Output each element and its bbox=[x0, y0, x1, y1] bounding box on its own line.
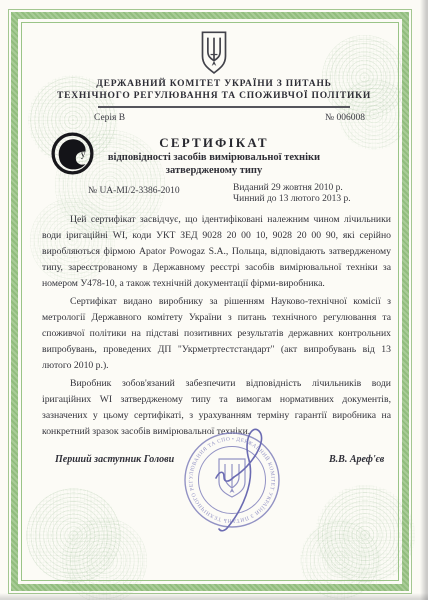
certificate-number: № UA-MI/2-3386-2010 bbox=[88, 186, 180, 196]
certificate-body: Цей сертифікат засвідчує, що ідентифіков… bbox=[42, 212, 391, 442]
certificate-page: ДЕРЖАВНИЙ КОМІТЕТ УКРАЇНИ З ПИТАНЬ ТЕХНІ… bbox=[0, 0, 428, 600]
serial-number: № 006008 bbox=[325, 113, 365, 123]
scan-edge-shadow-right bbox=[420, 0, 428, 600]
valid-until-date: Чинний до 13 лютого 2013 р. bbox=[233, 194, 351, 204]
certificate-subtitle-line1: відповідності засобів вимірювальної техн… bbox=[0, 152, 428, 163]
official-stamp: • ДЕРЖАВНИЙ КОМІТЕТ УКРАЇНИ З ПИТАНЬ ТЕХ… bbox=[178, 426, 286, 534]
authority-name-line2: ТЕХНІЧНОГО РЕГУЛЮВАННЯ ТА СПОЖИВЧОЇ ПОЛІ… bbox=[0, 91, 428, 101]
issued-date: Виданий 29 жовтня 2010 р. bbox=[233, 183, 343, 193]
guilloche-watermark bbox=[62, 518, 147, 600]
body-paragraph-1: Цей сертифікат засвідчує, що ідентифіков… bbox=[42, 212, 391, 292]
signatory-name: В.В. Ареф'єв bbox=[329, 454, 384, 465]
certificate-subtitle-line2: затвердженому типу bbox=[0, 165, 428, 176]
signatory-position: Перший заступник Голови bbox=[55, 454, 174, 465]
guilloche-watermark bbox=[300, 520, 380, 600]
series-label: Серія В bbox=[94, 113, 125, 123]
authority-name-line1: ДЕРЖАВНИЙ КОМІТЕТ УКРАЇНИ З ПИТАНЬ bbox=[0, 79, 428, 89]
scan-edge-shadow-bottom bbox=[0, 593, 428, 600]
ukraine-trident-emblem-icon bbox=[197, 30, 231, 76]
header-divider bbox=[98, 106, 350, 108]
body-paragraph-2: Сертифікат видано виробнику за рішенням … bbox=[42, 294, 391, 374]
certificate-title: СЕРТИФІКАТ bbox=[0, 135, 428, 151]
